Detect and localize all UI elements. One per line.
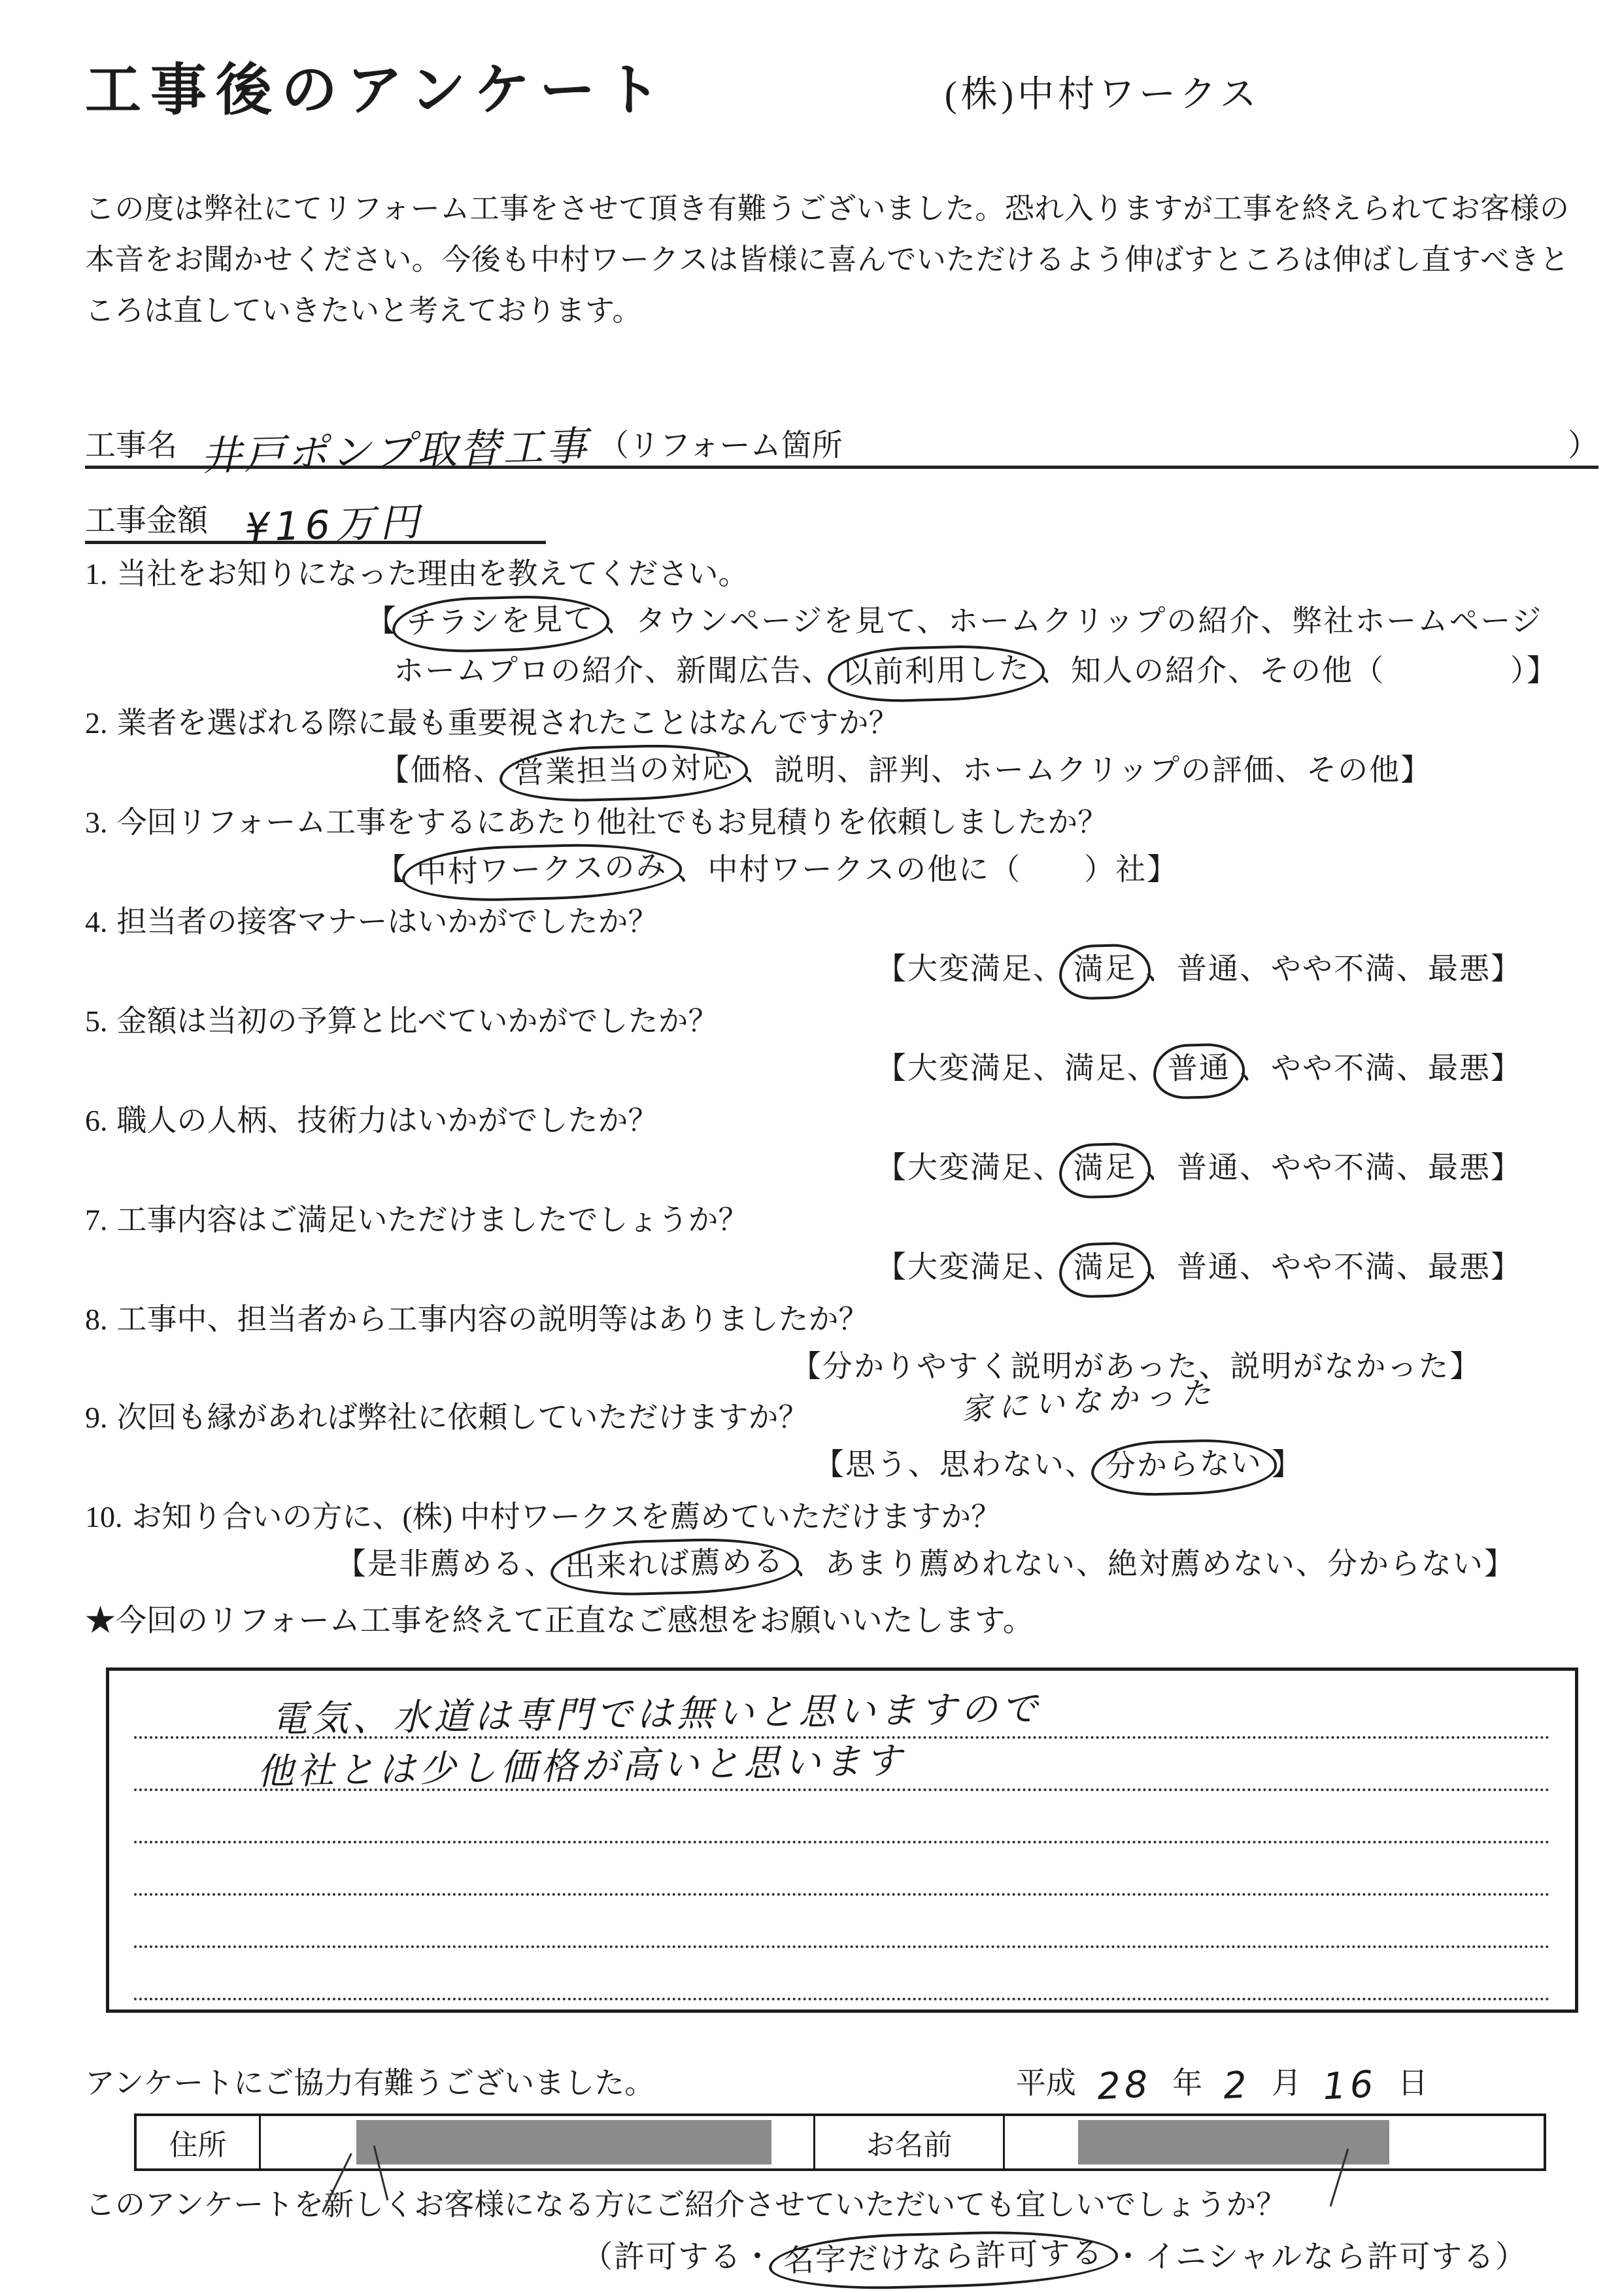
question-number: 7. — [85, 1203, 108, 1237]
option-text-circled: 満足 — [1073, 1250, 1136, 1284]
option-text: 【思う、思わない、 — [814, 1448, 1096, 1481]
option-text: 、説明、評判、ホームクリップの評価、その他】 — [743, 753, 1432, 787]
selection-circle: 分からない — [1091, 1437, 1277, 1497]
comment-prompt: ★今回のリフォーム工事を終えて正直なご感想をお願いいたします。 — [85, 1601, 1572, 1641]
permission-options-line: （許可する・名字だけなら許可する・イニシャルなら許可する） — [582, 2236, 1572, 2280]
option-text: 、知人の紹介、その他（ ）】 — [1040, 654, 1558, 687]
option-text: 、中村ワークスの他に（ ）社】 — [677, 853, 1179, 886]
question-text: 5.金額は当初の予算と比べていかがでしたか？ — [85, 1002, 1572, 1041]
project-cost-handwritten-value: ¥16万円 — [244, 502, 424, 548]
options-line: 【大変満足、満足、普通、やや不満、最悪】 — [876, 1048, 1572, 1091]
option-text-circled: 名字だけなら許可する — [783, 2236, 1104, 2279]
option-text: 【大変満足、 — [876, 1151, 1064, 1184]
date-group: 平成 28 年 2 月 16 日 — [1009, 2064, 1434, 2103]
option-text: 【是非薦める、 — [336, 1547, 556, 1581]
comment-line — [134, 1791, 1550, 1843]
option-text: ・イニシャルなら許可する） — [1113, 2240, 1527, 2274]
option-text: （許可する・ — [582, 2240, 774, 2274]
option-text: 、やや不満、最悪】 — [1240, 1052, 1522, 1085]
question-block-9: 9.次回も縁があれば弊社に依頼していただけますか？ 【思う、思わない、分からない… — [85, 1398, 1572, 1487]
date-era: 平成 — [1016, 2064, 1076, 2103]
options-line: ホームプロの紹介、新聞広告、以前利用した、知人の紹介、その他（ ）】 — [394, 650, 1572, 693]
question-label: 職人の人柄、技術力はいかがでしたか？ — [117, 1104, 658, 1137]
question-block-5: 5.金額は当初の予算と比べていかがでしたか？ 【大変満足、満足、普通、やや不満、… — [85, 1002, 1572, 1091]
date-day-unit: 日 — [1398, 2064, 1428, 2103]
header: 工事後のアンケート (株)中村ワークス — [85, 58, 1572, 123]
option-text: 、普通、やや不満、最悪】 — [1145, 952, 1522, 985]
selection-circle: 以前利用した — [827, 643, 1045, 704]
question-label: 次回も縁があれば弊社に依頼していただけますか？ — [117, 1401, 809, 1434]
question-number: 8. — [85, 1303, 108, 1336]
permission-question: このアンケートを新しくお客様になる方にご紹介させていただいても宜しいでしょうか？ — [85, 2185, 1572, 2225]
selection-circle: 普通 — [1153, 1042, 1245, 1100]
option-text: 、普通、やや不満、最悪】 — [1145, 1151, 1522, 1184]
question-number: 3. — [85, 806, 108, 839]
name-label: お名前 — [815, 2116, 1005, 2168]
scanned-survey-page: 工事後のアンケート (株)中村ワークス この度は弊社にてリフォーム工事をさせて頂… — [0, 0, 1624, 2292]
question-block-1: 1.当社をお知りになった理由を教えてください。 【チラシを見て、タウンページを見… — [85, 555, 1572, 693]
selection-circle: 満足 — [1058, 1241, 1151, 1299]
selection-circle: 営業担当の対応 — [499, 742, 749, 804]
option-text-circled: 満足 — [1073, 1150, 1136, 1185]
question-label: 工事内容はご満足いただけましたでしょうか？ — [117, 1203, 749, 1237]
question-number: 1. — [85, 557, 108, 590]
question-block-2: 2.業者を選ばれる際に最も重要視されたことはなんですか？ 【価格、営業担当の対応… — [85, 704, 1572, 793]
company-name: (株)中村ワークス — [945, 65, 1260, 123]
project-name-row: 工事名 井戸ポンプ取替工事 （リフォーム箇所 ） — [85, 426, 1599, 469]
option-text-circled: 以前利用した — [841, 651, 1030, 690]
question-block-6: 6.職人の人柄、技術力はいかがでしたか？ 【大変満足、満足、普通、やや不満、最悪… — [85, 1101, 1572, 1190]
options-line: 【思う、思わない、分からない】 — [814, 1444, 1572, 1487]
name-redaction-box — [1078, 2120, 1389, 2164]
question-number: 4. — [85, 905, 108, 938]
selection-circle: チラシを見て — [392, 594, 610, 655]
selection-circle: 名字だけなら許可する — [768, 2228, 1119, 2292]
option-text-circled: 営業担当の対応 — [513, 751, 734, 790]
thanks-text: アンケートにご協力有難うございました。 — [85, 2064, 654, 2103]
question-label: 金額は当初の予算と比べていかがでしたか？ — [117, 1004, 719, 1038]
comment-line: 電気、水道は専門では無いと思いますので — [134, 1686, 1550, 1739]
date-month-unit: 月 — [1272, 2064, 1302, 2103]
question-block-3: 3.今回リフォーム工事をするにあたり他社でもお見積りを依頼しましたか？ 【中村ワ… — [85, 803, 1572, 892]
question-text: 9.次回も縁があれば弊社に依頼していただけますか？ — [85, 1398, 1572, 1437]
comment-box: 電気、水道は専門では無いと思いますので 他社とは少し価格が高いと思います — [106, 1668, 1578, 2013]
options-line: 【中村ワークスのみ、中村ワークスの他に（ ）社】 — [376, 849, 1572, 892]
project-name-handwritten-value: 井戸ポンプ取替工事 — [201, 426, 590, 476]
options-line: 【価格、営業担当の対応、説明、評判、ホームクリップの評価、その他】 — [379, 749, 1572, 793]
question-text: 1.当社をお知りになった理由を教えてください。 — [85, 555, 1572, 594]
question-text: 3.今回リフォーム工事をするにあたり他社でもお見積りを依頼しましたか？ — [85, 803, 1572, 842]
project-cost-label: 工事金額 — [85, 502, 208, 541]
question-block-4: 4.担当者の接客マナーはいかがでしたか？ 【大変満足、満足、普通、やや不満、最悪… — [85, 902, 1572, 991]
options-line: 【大変満足、満足、普通、やや不満、最悪】 — [876, 948, 1572, 991]
selection-circle: 中村ワークスのみ — [401, 841, 683, 903]
option-text: 、タウンページを見て、ホームクリップの紹介、弊社ホームページ — [604, 604, 1542, 638]
option-text: 【大変満足、 — [876, 952, 1064, 985]
option-text: 【大変満足、満足、 — [876, 1052, 1159, 1085]
option-text-circled: チラシを見て — [406, 602, 595, 640]
option-text: 、普通、やや不満、最悪】 — [1145, 1250, 1522, 1284]
option-text-circled: 分からない — [1105, 1446, 1262, 1483]
question-label: 工事中、担当者から工事内容の説明等はありましたか？ — [117, 1303, 869, 1336]
question-text: 7.工事内容はご満足いただけましたでしょうか？ — [85, 1201, 1572, 1240]
question-text: 4.担当者の接客マナーはいかがでしたか？ — [85, 902, 1572, 942]
page-title: 工事後のアンケート — [85, 58, 670, 123]
question-number: 10. — [85, 1500, 123, 1533]
address-label: 住所 — [137, 2116, 261, 2168]
options-line: 【是非薦める、出来れば薦める、あまり薦めれない、絶対薦めない、分からない】 — [336, 1543, 1572, 1586]
question-label: お知り合いの方に、(株) 中村ワークスを薦めていただけますか？ — [132, 1500, 1002, 1533]
date-month-handwritten: 2 — [1223, 2066, 1252, 2106]
question-block-10: 10.お知り合いの方に、(株) 中村ワークスを薦めていただけますか？ 【是非薦め… — [85, 1497, 1572, 1586]
comment-line — [134, 1843, 1550, 1896]
question-number: 6. — [85, 1104, 108, 1137]
question-label: 今回リフォーム工事をするにあたり他社でもお見積りを依頼しましたか？ — [117, 806, 1108, 839]
question-label: 業者を選ばれる際に最も重要視されたことはなんですか？ — [117, 706, 899, 740]
question-label: 担当者の接客マナーはいかがでしたか？ — [117, 905, 658, 938]
question-block-8: 8.工事中、担当者から工事内容の説明等はありましたか？ 【分かりやすく説明があっ… — [85, 1300, 1572, 1388]
handwritten-comment-line-2: 他社とは少し価格が高いと思います — [256, 1732, 905, 1795]
question-text: 6.職人の人柄、技術力はいかがでしたか？ — [85, 1101, 1572, 1140]
question-block-7: 7.工事内容はご満足いただけましたでしょうか？ 【大変満足、満足、普通、やや不満… — [85, 1201, 1572, 1290]
option-text: 、あまり薦めれない、絶対薦めない、分からない】 — [794, 1547, 1515, 1581]
options-line: 【大変満足、満足、普通、やや不満、最悪】 — [876, 1246, 1572, 1290]
date-year-unit: 年 — [1172, 2064, 1202, 2103]
option-text: 【大変満足、 — [876, 1250, 1064, 1284]
thanks-row: アンケートにご協力有難うございました。 平成 28 年 2 月 16 日 — [85, 2064, 1572, 2103]
question-text: 2.業者を選ばれる際に最も重要視されたことはなんですか？ — [85, 704, 1572, 743]
selection-circle: 出来れば薦める — [550, 1536, 800, 1598]
date-year-handwritten: 28 — [1096, 2065, 1153, 2107]
address-name-table: 住所 お名前 — [134, 2113, 1546, 2171]
project-name-close-paren: ） — [1568, 426, 1599, 466]
project-name-label: 工事名 — [85, 426, 177, 466]
options-line: 【大変満足、満足、普通、やや不満、最悪】 — [876, 1147, 1572, 1190]
question-text: 8.工事中、担当者から工事内容の説明等はありましたか？ — [85, 1300, 1572, 1339]
intro-paragraph: この度は弊社にてリフォーム工事をさせて頂き有難うございました。恐れ入りますが工事… — [85, 183, 1569, 336]
question-number: 2. — [85, 706, 108, 740]
question-text: 10.お知り合いの方に、(株) 中村ワークスを薦めていただけますか？ — [85, 1497, 1572, 1537]
handwritten-comment-line-1: 電気、水道は専門では無いと思いますので — [271, 1680, 1041, 1743]
option-text-circled: 普通 — [1167, 1051, 1230, 1086]
project-cost-row: 工事金額 ¥16万円 — [85, 502, 546, 544]
option-text: ホームプロの紹介、新聞広告、 — [394, 654, 833, 687]
comment-line: 他社とは少し価格が高いと思います — [134, 1739, 1550, 1791]
selection-circle: 満足 — [1058, 943, 1151, 1001]
question-label: 当社をお知りになった理由を教えてください。 — [117, 557, 749, 590]
question-number: 9. — [85, 1401, 108, 1434]
option-text: 【価格、 — [379, 753, 505, 787]
option-text-circled: 中村ワークスのみ — [416, 849, 668, 889]
option-text-circled: 出来れば薦める — [564, 1545, 785, 1584]
comment-line — [134, 1896, 1550, 1948]
option-text-circled: 満足 — [1073, 951, 1136, 986]
options-line: 【チラシを見て、タウンページを見て、ホームクリップの紹介、弊社ホームページ — [366, 600, 1572, 643]
selection-circle: 満足 — [1058, 1142, 1151, 1199]
question-number: 5. — [85, 1004, 108, 1038]
address-redaction-box — [356, 2120, 771, 2164]
address-value-cell — [261, 2116, 815, 2168]
project-name-suffix: （リフォーム箇所 — [598, 426, 843, 466]
comment-line — [134, 1948, 1550, 2000]
date-day-handwritten: 16 — [1321, 2065, 1378, 2107]
name-value-cell — [1005, 2116, 1544, 2168]
